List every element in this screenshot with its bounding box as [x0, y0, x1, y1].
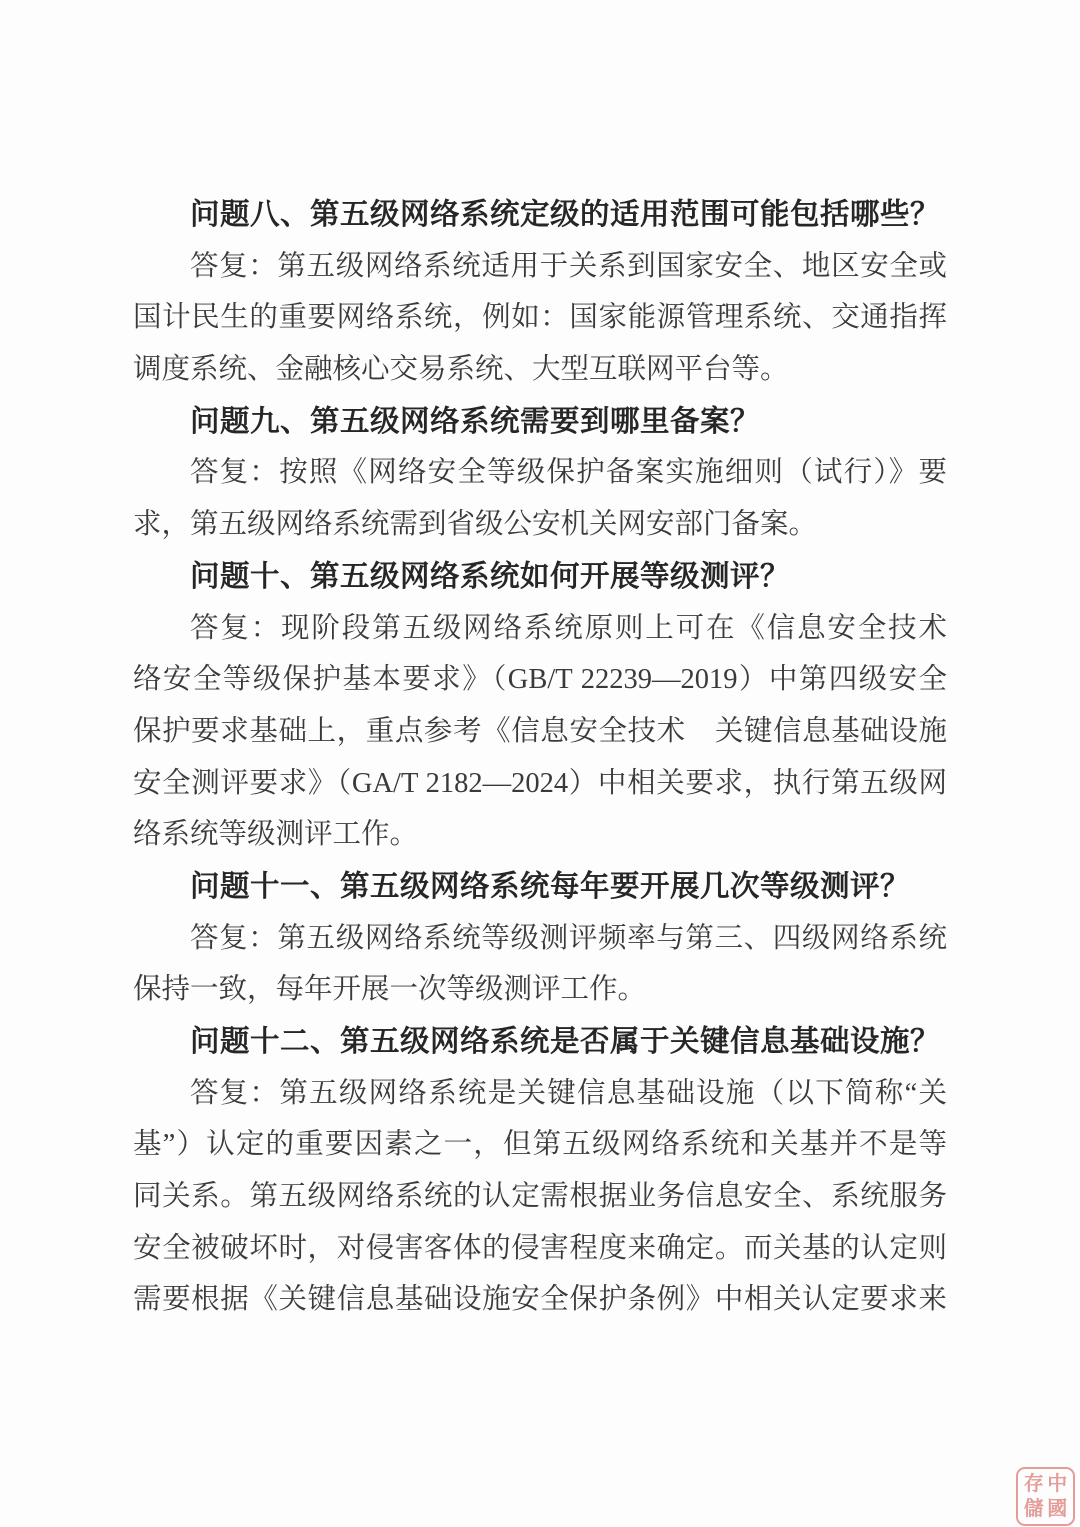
seal-watermark: 存 中 儲 國 — [1016, 1467, 1075, 1526]
answer-line: 络系统等级测评工作。 — [133, 809, 947, 861]
question-heading: 问题八、第五级网络系统定级的适用范围可能包括哪些？ — [133, 189, 947, 241]
document-text: 问题八、第五级网络系统定级的适用范围可能包括哪些？答复：第五级网络系统适用于关系… — [133, 189, 947, 1326]
seal-char: 中 — [1047, 1474, 1067, 1494]
question-heading: 问题九、第五级网络系统需要到哪里备案？ — [133, 396, 947, 448]
answer-line: 保持一致，每年开展一次等级测评工作。 — [133, 964, 947, 1016]
seal-char: 儲 — [1024, 1499, 1044, 1519]
answer-line: 答复：第五级网络系统等级测评频率与第三、四级网络系统 — [133, 913, 947, 965]
answer-line: 国计民生的重要网络系统，例如：国家能源管理系统、交通指挥 — [133, 292, 947, 344]
answer-line: 络安全等级保护基本要求》（GB/T 22239—2019）中第四级安全 — [133, 654, 947, 706]
answer-line: 需要根据《关键信息基础设施安全保护条例》中相关认定要求来 — [133, 1274, 947, 1326]
answer-line: 答复：现阶段第五级网络系统原则上可在《信息安全技术 网 — [133, 603, 947, 655]
seal-char: 國 — [1047, 1499, 1067, 1519]
answer-line: 答复：第五级网络系统是关键信息基础设施（以下简称“关 — [133, 1068, 947, 1120]
answer-line: 同关系。第五级网络系统的认定需根据业务信息安全、系统服务 — [133, 1171, 947, 1223]
answer-line: 求，第五级网络系统需到省级公安机关网安部门备案。 — [133, 499, 947, 551]
answer-line: 答复：按照《网络安全等级保护备案实施细则（试行）》要 — [133, 447, 947, 499]
document-page: 问题八、第五级网络系统定级的适用范围可能包括哪些？答复：第五级网络系统适用于关系… — [0, 0, 1080, 1527]
seal-char: 存 — [1024, 1474, 1044, 1494]
answer-line: 调度系统、金融核心交易系统、大型互联网平台等。 — [133, 344, 947, 396]
answer-line: 答复：第五级网络系统适用于关系到国家安全、地区安全或 — [133, 241, 947, 293]
answer-line: 安全被破坏时，对侵害客体的侵害程度来确定。而关基的认定则 — [133, 1223, 947, 1275]
answer-line: 保护要求基础上，重点参考《信息安全技术 关键信息基础设施 — [133, 706, 947, 758]
question-heading: 问题十二、第五级网络系统是否属于关键信息基础设施？ — [133, 1016, 947, 1068]
question-heading: 问题十一、第五级网络系统每年要开展几次等级测评？ — [133, 861, 947, 913]
answer-line: 安全测评要求》（GA/T 2182—2024）中相关要求，执行第五级网 — [133, 758, 947, 810]
answer-line: 基”）认定的重要因素之一，但第五级网络系统和关基并不是等 — [133, 1119, 947, 1171]
question-heading: 问题十、第五级网络系统如何开展等级测评？ — [133, 551, 947, 603]
